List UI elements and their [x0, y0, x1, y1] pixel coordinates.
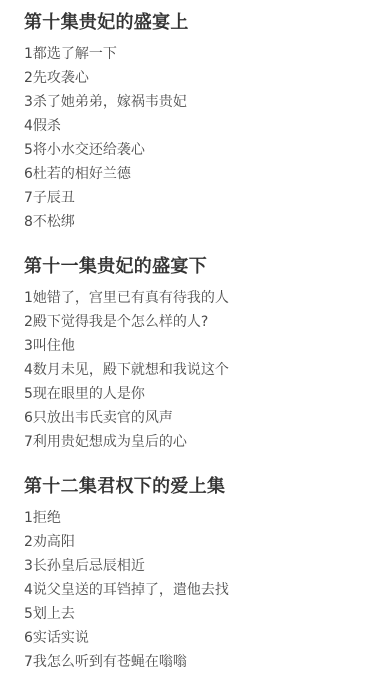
document-page: 第十集贵妃的盛宴上 1都选了解一下 2先攻袭心 3杀了她弟弟，嫁祸韦贵妃 4假杀… — [0, 0, 379, 674]
list-item: 1拒绝 — [24, 506, 379, 530]
list-item: 1都选了解一下 — [24, 42, 379, 66]
section-episode-11: 第十一集贵妃的盛宴下 1她错了，宫里已有真有待我的人 2殿下觉得我是个怎么样的人… — [24, 254, 379, 454]
section-heading: 第十集贵妃的盛宴上 — [24, 10, 379, 36]
list-item: 6只放出韦氏卖官的风声 — [24, 406, 379, 430]
list-item: 6杜若的相好兰德 — [24, 162, 379, 186]
list-item: 4数月未见，殿下就想和我说这个 — [24, 358, 379, 382]
list-item: 3杀了她弟弟，嫁祸韦贵妃 — [24, 90, 379, 114]
list-item: 2殿下觉得我是个怎么样的人? — [24, 310, 379, 334]
list-item: 7子辰丑 — [24, 186, 379, 210]
list-item: 7我怎么听到有苍蝇在嗡嗡 — [24, 650, 379, 674]
list-item: 8不松绑 — [24, 210, 379, 234]
list-item: 1她错了，宫里已有真有待我的人 — [24, 286, 379, 310]
list-item: 3长孙皇后忌辰相近 — [24, 554, 379, 578]
list-item: 4假杀 — [24, 114, 379, 138]
section-episode-12: 第十二集君权下的爱上集 1拒绝 2劝高阳 3长孙皇后忌辰相近 4说父皇送的耳铛掉… — [24, 474, 379, 674]
list-item: 7利用贵妃想成为皇后的心 — [24, 430, 379, 454]
section-episode-10: 第十集贵妃的盛宴上 1都选了解一下 2先攻袭心 3杀了她弟弟，嫁祸韦贵妃 4假杀… — [24, 10, 379, 234]
list-item: 2先攻袭心 — [24, 66, 379, 90]
list-item: 3叫住他 — [24, 334, 379, 358]
section-heading: 第十二集君权下的爱上集 — [24, 474, 379, 500]
list-item: 5现在眼里的人是你 — [24, 382, 379, 406]
list-item: 5将小水交还给袭心 — [24, 138, 379, 162]
list-item: 4说父皇送的耳铛掉了，遣他去找 — [24, 578, 379, 602]
list-item: 2劝高阳 — [24, 530, 379, 554]
list-item: 6实话实说 — [24, 626, 379, 650]
section-heading: 第十一集贵妃的盛宴下 — [24, 254, 379, 280]
list-item: 5划上去 — [24, 602, 379, 626]
